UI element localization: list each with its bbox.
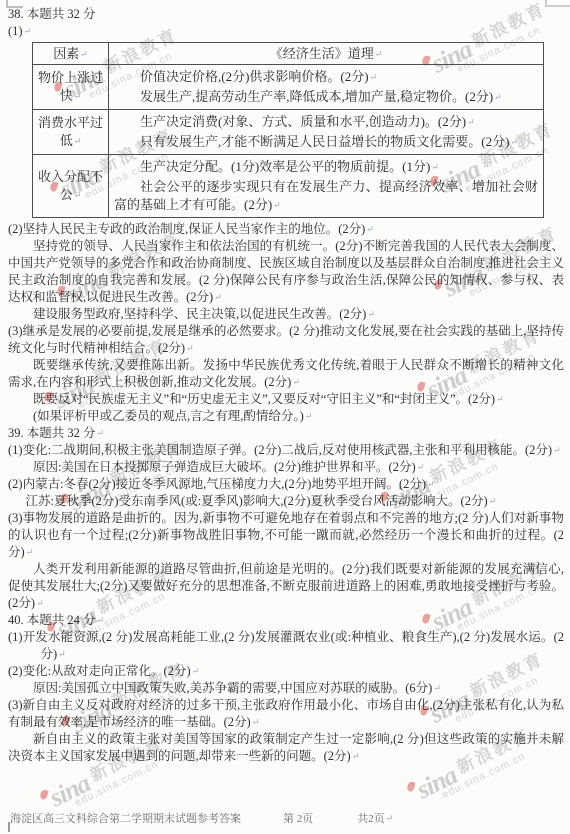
document-body: 38. 本题共 32 分 (1) 因素 《经济生活》道理 物价上涨过快 价值决定… bbox=[0, 0, 570, 765]
table-header-factor: 因素 bbox=[33, 43, 109, 65]
answer-paragraph: 价值决定价格,(2分)供求影响价格。(2分) bbox=[114, 68, 538, 86]
q38-part2-paragraph: (2)坚持人民民主专政的政治制度,保证人民当家作主的地位。(2分) bbox=[8, 221, 564, 238]
q38-part3-paragraph: 既要继承传统,又要推陈出新。发扬中华民族优秀文化传统,着眼于人民群众不断增长的精… bbox=[8, 357, 564, 391]
answer-cell: 生产决定分配。(1分)效率是公平的物质前提。(1分) 社会公平的逐步实现只有在发… bbox=[109, 155, 544, 218]
sina-flame-icon bbox=[39, 789, 48, 800]
answer-paragraph: 只有发展生产,才能不断满足人民日益增长的物质文化需要。(2分) bbox=[114, 133, 538, 151]
answer-paragraph: 社会公平的逐步实现只有在发展生产力、提高经济效率、增加社会财富的基础上才有可能。… bbox=[114, 178, 538, 214]
table-row: 物价上涨过快 价值决定价格,(2分)供求影响价格。(2分) 发展生产,提高劳动生… bbox=[33, 65, 544, 110]
q38-part3-note: (如果评析甲或乙委员的观点,言之有理,酌情给分。) bbox=[8, 408, 564, 425]
q40-part2-paragraph: 原因:美国孤立中国政策失败,美苏争霸的需要,中国应对苏联的威胁。(6分) bbox=[8, 680, 564, 697]
footer-page-total: 共2页 bbox=[357, 810, 393, 826]
factor-cell: 收入分配不公 bbox=[33, 155, 109, 218]
footer-page-number: 第 2页 bbox=[283, 810, 313, 826]
q38-part3-paragraph: 既要反对“民族虚无主义”和“历史虚无主义”,又要反对“守旧主义”和“封闭主义”。… bbox=[8, 391, 564, 408]
footer-document-title: 海淀区高三文科综合第二学期期末试题参考答案 bbox=[10, 810, 241, 826]
answer-cell: 生产决定消费(对象、方式、质量和水平,创造动力)。(2分) 只有发展生产,才能不… bbox=[109, 110, 544, 155]
q39-part3-paragraph: 人类开发利用新能源的道路尽管曲折,但前途是光明的。(2分)我们既要对新能源的发展… bbox=[8, 561, 564, 612]
q39-part2-paragraph: (2)内蒙古:冬春(2分)接近冬季风源地,气压梯度力大,(2分)地势平坦开阔。(… bbox=[8, 476, 564, 493]
factor-cell: 物价上涨过快 bbox=[33, 65, 109, 110]
table-header-row: 因素 《经济生活》道理 bbox=[33, 43, 544, 65]
answer-paragraph: 生产决定分配。(1分)效率是公平的物质前提。(1分) bbox=[114, 158, 538, 176]
q38-part2-paragraph: 建设服务型政府,坚持科学、民主决策,以促进民生改善。(2分) bbox=[8, 306, 564, 323]
q38-heading: 38. 本题共 32 分 bbox=[8, 6, 564, 23]
q40-part2-paragraph: (2)变化:从敌对走向正常化。(2分) bbox=[8, 663, 564, 680]
q40-part3-paragraph: 新自由主义的政策主张对美国等国家的政策制定产生过一定影响,(2 分)但这些政策的… bbox=[8, 731, 564, 765]
q38-part3-paragraph: (3)继承是发展的必要前提,发展是继承的必然要求。(2 分)推动文化发展,要在社… bbox=[8, 323, 564, 357]
q39-part2-paragraph: 江苏:夏秋季(2分)受东南季风(或:夏季风)影响大,(2分)夏秋季受台风活动影响… bbox=[8, 493, 564, 510]
q38-part1-label: (1) bbox=[8, 23, 564, 40]
q38-part2-paragraph: 坚持党的领导、人民当家作主和依法治国的有机统一。(2分)不断完善我国的人民代表大… bbox=[8, 238, 564, 306]
table-row: 收入分配不公 生产决定分配。(1分)效率是公平的物质前提。(1分) 社会公平的逐… bbox=[33, 155, 544, 218]
q39-heading: 39. 本题共 32 分 bbox=[8, 425, 564, 442]
q39-part1-paragraph: 原因:美国在日本投掷原子弹造成巨大破坏。(2分)维护世界和平。(2分) bbox=[8, 459, 564, 476]
q40-heading: 40. 本题共 24 分 bbox=[8, 612, 564, 629]
sina-flame-icon bbox=[406, 781, 415, 792]
q39-part3-paragraph: (3)事物发展的道路是曲折的。因为,新事物不可避免地存在着弱点和不完善的地方;(… bbox=[8, 510, 564, 561]
exam-answer-page: sina 新浪教育 edu.sina.com.cn sina 新浪教育 edu.… bbox=[0, 0, 570, 834]
q40-part1-paragraph: (1)开发水能资源,(2 分)发展高耗能工业,(2 分)发展灌溉农业(或:种植业… bbox=[8, 629, 564, 663]
page-footer: 海淀区高三文科综合第二学期期末试题参考答案 第 2页 共2页 bbox=[10, 810, 393, 826]
q39-part1-paragraph: (1)变化:二战期间,积极主张美国制造原子弹。(2分)二战后,反对使用核武器,主… bbox=[8, 442, 564, 459]
answer-paragraph: 生产决定消费(对象、方式、质量和水平,创造动力)。(2分) bbox=[114, 113, 538, 131]
table-header-principle: 《经济生活》道理 bbox=[109, 43, 544, 65]
table-row: 消费水平过低 生产决定消费(对象、方式、质量和水平,创造动力)。(2分) 只有发… bbox=[33, 110, 544, 155]
q40-part3-paragraph: (3)新自由主义反对政府对经济的过多干预,主张政府作用最小化、市场自由化,(2分… bbox=[8, 697, 564, 731]
factor-cell: 消费水平过低 bbox=[33, 110, 109, 155]
answer-paragraph: 发展生产,提高劳动生产率,降低成本,增加产量,稳定物价。(2分) bbox=[114, 88, 538, 106]
answer-cell: 价值决定价格,(2分)供求影响价格。(2分) 发展生产,提高劳动生产率,降低成本… bbox=[109, 65, 544, 110]
q38-answer-table: 因素 《经济生活》道理 物价上涨过快 价值决定价格,(2分)供求影响价格。(2分… bbox=[32, 42, 544, 218]
